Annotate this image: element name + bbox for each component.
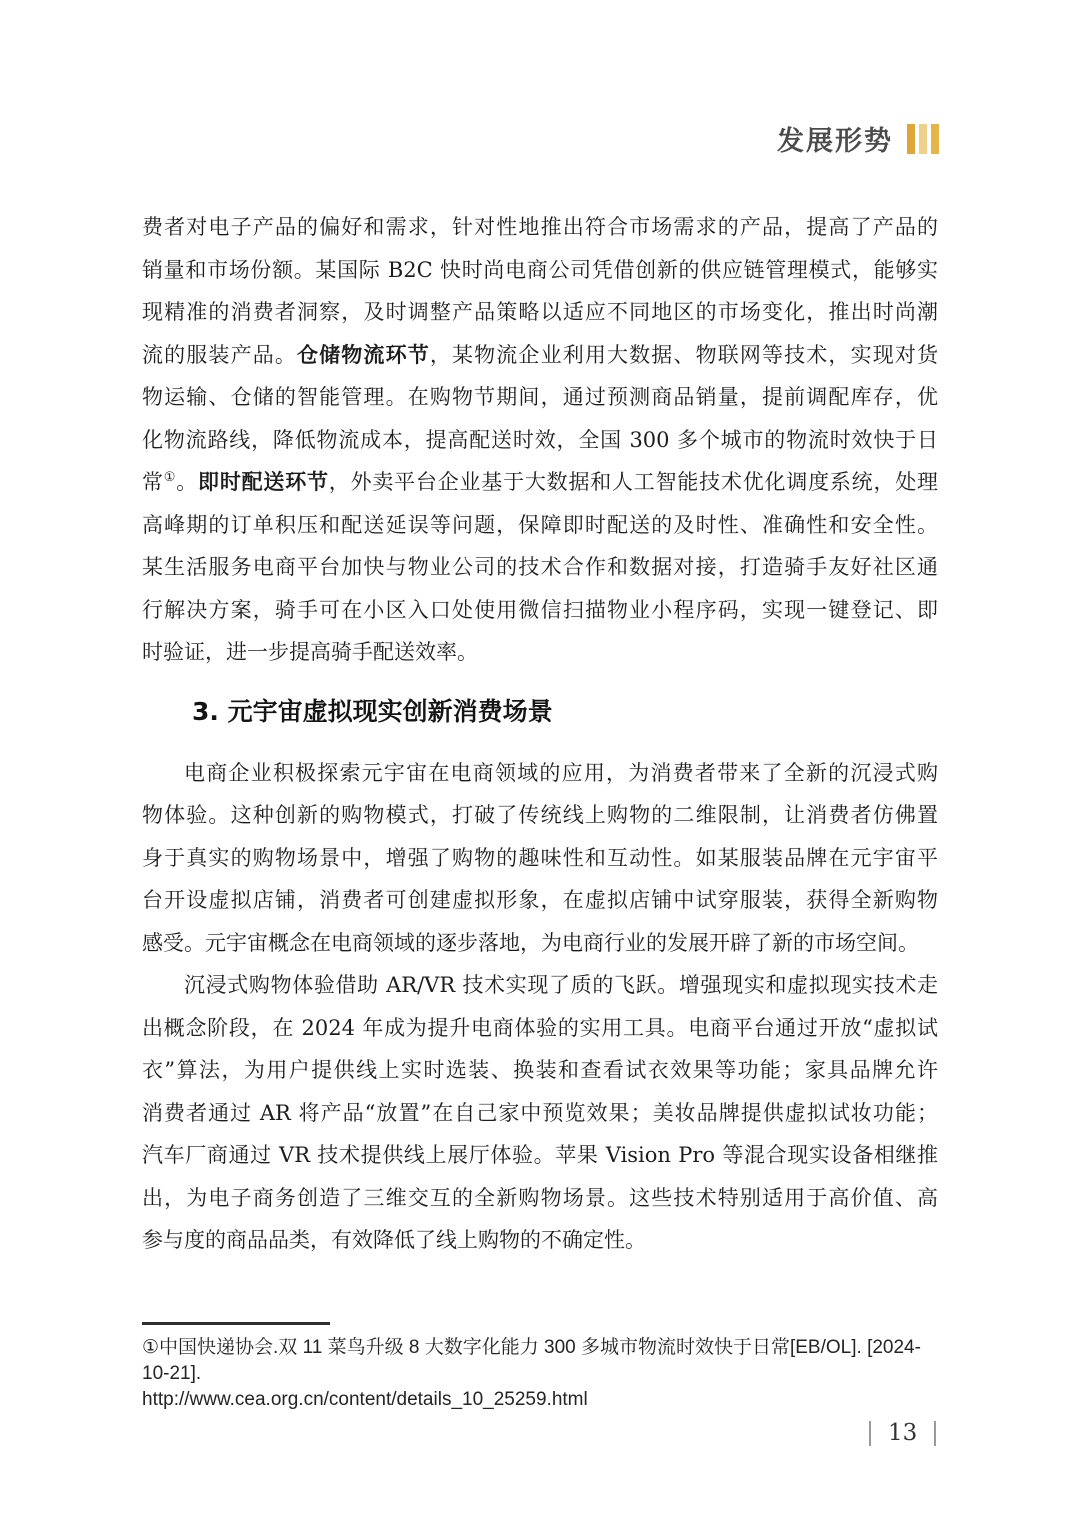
text-line: 衣”算法，为用户提供线上实时选装、换装和查看试衣效果等功能；家具品牌允许: [142, 1049, 938, 1092]
text-line: 常①。即时配送环节，外卖平台企业基于大数据和人工智能技术优化调度系统，处理: [142, 461, 938, 504]
text-line: 参与度的商品品类，有效降低了线上购物的不确定性。: [142, 1219, 938, 1262]
text-line: 高峰期的订单积压和配送延误等问题，保障即时配送的及时性、准确性和安全性。: [142, 504, 938, 547]
text-line: 销量和市场份额。某国际 B2C 快时尚电商公司凭借创新的供应链管理模式，能够实: [142, 249, 938, 292]
paragraph: 沉浸式购物体验借助 AR/VR 技术实现了质的飞跃。增强现实和虚拟现实技术走出概…: [142, 964, 938, 1262]
text-line: 台开设虚拟店铺，消费者可创建虚拟形象，在虚拟店铺中试穿服装，获得全新购物: [142, 879, 938, 922]
text-line: 物运输、仓储的智能管理。在购物节期间，通过预测商品销量，提前调配库存，优: [142, 376, 938, 419]
text-line: 沉浸式购物体验借助 AR/VR 技术实现了质的飞跃。增强现实和虚拟现实技术走: [142, 964, 938, 1007]
header-section-title: 发展形势: [777, 119, 893, 158]
gold-bar-icon: [931, 124, 939, 154]
text-line: 费者对电子产品的偏好和需求，针对性地推出符合市场需求的产品，提高了产品的: [142, 206, 938, 249]
document-body: 费者对电子产品的偏好和需求，针对性地推出符合市场需求的产品，提高了产品的销量和市…: [142, 206, 938, 1262]
page-header: 发展形势: [777, 119, 939, 158]
text-line: 出，为电子商务创造了三维交互的全新购物场景。这些技术特别适用于高价值、高: [142, 1177, 938, 1220]
page-number-value: 13: [888, 1420, 917, 1446]
page-number-bar-right-icon: [934, 1421, 936, 1446]
text-line: 物体验。这种创新的购物模式，打破了传统线上购物的二维限制，让消费者仿佛置: [142, 794, 938, 837]
footnote-divider: [142, 1322, 330, 1325]
text-line: 电商企业积极探索元宇宙在电商领域的应用，为消费者带来了全新的沉浸式购: [142, 752, 938, 795]
text-line: 时验证，进一步提高骑手配送效率。: [142, 631, 938, 674]
page-number-bar-left-icon: [869, 1421, 871, 1446]
page-number: 13: [869, 1420, 936, 1446]
gold-bar-icon: [907, 124, 915, 154]
text-line: 消费者通过 AR 将产品“放置”在自己家中预览效果；美妆品牌提供虚拟试妆功能；: [142, 1092, 938, 1135]
section-heading: 3. 元宇宙虚拟现实创新消费场景: [142, 694, 938, 730]
gold-bar-icon: [919, 124, 927, 154]
footnote-url: http://www.cea.org.cn/content/details_10…: [142, 1387, 942, 1413]
text-line: 汽车厂商通过 VR 技术提供线上展厅体验。苹果 Vision Pro 等混合现实…: [142, 1134, 938, 1177]
text-line: 现精准的消费者洞察，及时调整产品策略以适应不同地区的市场变化，推出时尚潮: [142, 291, 938, 334]
paragraph-continued: 费者对电子产品的偏好和需求，针对性地推出符合市场需求的产品，提高了产品的销量和市…: [142, 206, 938, 674]
footnote-citation: ①中国快递协会.双 11 菜鸟升级 8 大数字化能力 300 多城市物流时效快于…: [142, 1335, 942, 1387]
footnote: ①中国快递协会.双 11 菜鸟升级 8 大数字化能力 300 多城市物流时效快于…: [142, 1322, 942, 1413]
text-line: 某生活服务电商平台加快与物业公司的技术合作和数据对接，打造骑手友好社区通: [142, 546, 938, 589]
document-page: 发展形势 费者对电子产品的偏好和需求，针对性地推出符合市场需求的产品，提高了产品…: [0, 0, 1080, 1528]
paragraph: 电商企业积极探索元宇宙在电商领域的应用，为消费者带来了全新的沉浸式购物体验。这种…: [142, 752, 938, 965]
text-line: 化物流路线，降低物流成本，提高配送时效，全国 300 多个城市的物流时效快于日: [142, 419, 938, 462]
text-line: 行解决方案，骑手可在小区入口处使用微信扫描物业小程序码，实现一键登记、即: [142, 589, 938, 632]
text-line: 感受。元宇宙概念在电商领域的逐步落地，为电商行业的发展开辟了新的市场空间。: [142, 922, 938, 965]
text-line: 流的服装产品。仓储物流环节，某物流企业利用大数据、物联网等技术，实现对货: [142, 334, 938, 377]
gold-bars-icon: [907, 124, 939, 154]
text-line: 身于真实的购物场景中，增强了购物的趣味性和互动性。如某服装品牌在元宇宙平: [142, 837, 938, 880]
text-line: 出概念阶段，在 2024 年成为提升电商体验的实用工具。电商平台通过开放“虚拟试: [142, 1007, 938, 1050]
